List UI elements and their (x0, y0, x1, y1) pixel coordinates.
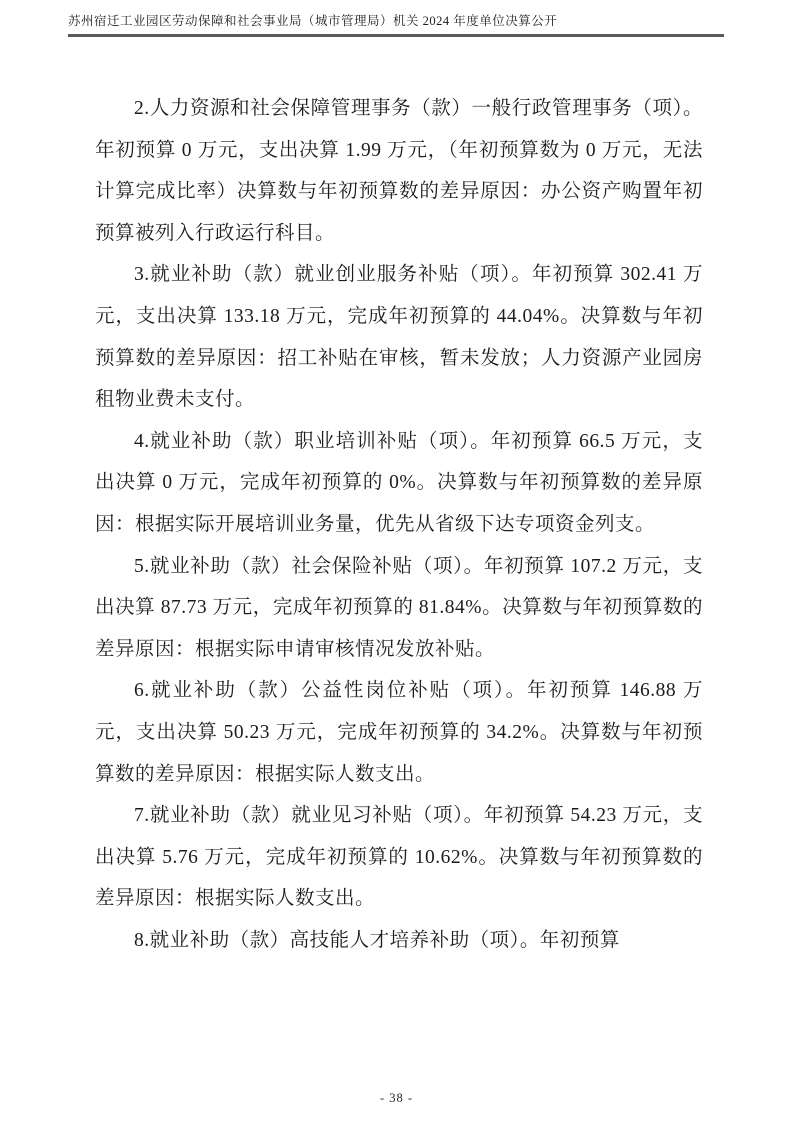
document-header-title: 苏州宿迁工业园区劳动保障和社会事业局（城市管理局）机关 2024 年度单位决算公… (68, 13, 724, 29)
paragraph-item-8: 8.就业补助（款）高技能人才培养补助（项）。年初预算 (95, 920, 703, 962)
page-number: - 38 - (380, 1091, 413, 1105)
paragraph-item-6: 6.就业补助（款）公益性岗位补贴（项）。年初预算 146.88 万元，支出决算 … (95, 670, 703, 795)
paragraph-item-3: 3.就业补助（款）就业创业服务补贴（项）。年初预算 302.41 万元，支出决算… (95, 254, 703, 420)
paragraph-item-2: 2.人力资源和社会保障管理事务（款）一般行政管理事务（项）。年初预算 0 万元，… (95, 88, 703, 254)
paragraph-item-4: 4.就业补助（款）职业培训补贴（项）。年初预算 66.5 万元，支出决算 0 万… (95, 421, 703, 546)
page-footer: - 38 - (0, 1091, 793, 1106)
paragraph-item-5: 5.就业补助（款）社会保险补贴（项）。年初预算 107.2 万元，支出决算 87… (95, 546, 703, 671)
page-header: 苏州宿迁工业园区劳动保障和社会事业局（城市管理局）机关 2024 年度单位决算公… (68, 13, 724, 37)
document-page: 苏州宿迁工业园区劳动保障和社会事业局（城市管理局）机关 2024 年度单位决算公… (0, 0, 793, 1122)
document-body: 2.人力资源和社会保障管理事务（款）一般行政管理事务（项）。年初预算 0 万元，… (95, 88, 703, 961)
paragraph-item-7: 7.就业补助（款）就业见习补贴（项）。年初预算 54.23 万元，支出决算 5.… (95, 795, 703, 920)
